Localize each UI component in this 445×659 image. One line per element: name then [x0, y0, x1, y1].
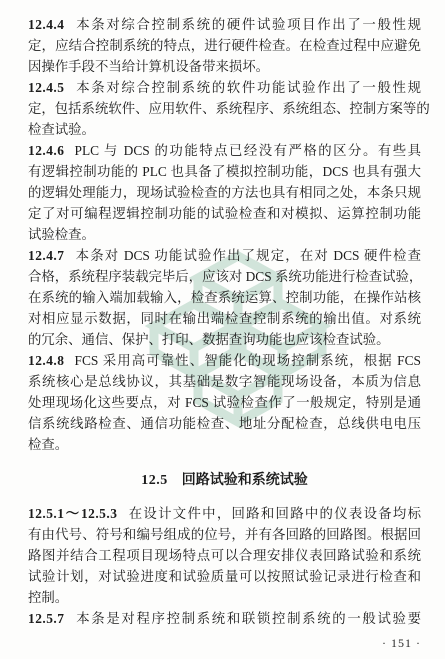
- text-line: 12.4.6PLC 与 DCS 的功能特点已经没有严格的区分。有些具: [28, 140, 421, 161]
- main-text-column: 12.4.4本条对综合控制系统的硬件试验项目作出了一般性规 定，应结合控制系统的…: [28, 14, 421, 629]
- text-line: 检查。: [28, 434, 421, 455]
- text-line: 处理现场化这些要点，对 FCS 试验检查作了一般规定，特别是通: [28, 392, 421, 413]
- text-line: 信系统线路检查、通信功能检查、地址分配检查，总线供电电压: [28, 413, 421, 434]
- paragraph-text: 在设计文件中，回路和回路中的仪表设备均标: [127, 506, 421, 521]
- text-line: 有逻辑控制功能的 PLC 也具备了模拟控制功能，DCS 也具有强大: [28, 161, 421, 182]
- paragraph-text: FCS 采用高可靠性、智能化的现场控制系统，根据 FCS: [75, 353, 421, 368]
- section-number: 12.4.5: [28, 80, 64, 95]
- text-line: 的逻辑处理能力，现场试验检查的方法也具有相同之处，本条只规: [28, 182, 421, 203]
- paragraph-text: 本条对综合控制系统的软件功能试验作出了一般性规: [75, 80, 421, 95]
- paragraph-text: 本条是对程序控制系统和联锁控制系统的一般试验要: [75, 611, 421, 626]
- section-heading-number: 12.5: [141, 473, 168, 488]
- text-line: 12.4.8FCS 采用高可靠性、智能化的现场控制系统，根据 FCS: [28, 350, 421, 371]
- section-number: 12.4.8: [28, 353, 64, 368]
- section-number: 12.4.7: [28, 248, 64, 263]
- text-line: 定，应结合控制系统的特点，进行硬件检查。在检查过程中应避免: [28, 35, 421, 56]
- text-line: 在系统的输入端加载输入，检查系统运算、控制功能，在操作站核: [28, 287, 421, 308]
- text-line: 控制。: [28, 587, 421, 608]
- text-line: 定，包括系统软件、应用软件、系统程序、系统组态、控制方案等的: [28, 98, 421, 119]
- paragraph-text: PLC 与 DCS 的功能特点已经没有严格的区分。有些具: [75, 143, 421, 158]
- text-line: 12.4.4本条对综合控制系统的硬件试验项目作出了一般性规: [28, 14, 421, 35]
- text-line: 因操作手段不当给计算机设备带来损坏。: [28, 56, 421, 77]
- text-line: 12.4.7本条对 DCS 功能试验作出了规定，在对 DCS 硬件检查: [28, 245, 421, 266]
- text-line: 12.5.1～12.5.3在设计文件中，回路和回路中的仪表设备均标: [28, 503, 421, 524]
- paragraph-text: 本条对 DCS 功能试验作出了规定，在对 DCS 硬件检查: [75, 248, 421, 263]
- text-line: 合格，系统程序装载完毕后，应该对 DCS 系统功能进行检查试验，: [28, 266, 421, 287]
- text-line: 定了对可编程逻辑控制功能的试验检查和对模拟、运算控制功能: [28, 203, 421, 224]
- text-line: 检查试验。: [28, 119, 421, 140]
- page-number: · 151 ·: [382, 636, 421, 650]
- text-line: 试验检查。: [28, 224, 421, 245]
- section-heading-title: 回路试验和系统试验: [182, 473, 308, 488]
- text-line: 有由代号、符号和编号组成的位号，并有各回路的回路图。根据回: [28, 524, 421, 545]
- text-line: 对相应显示数据，同时在输出端检查控制系统的输出值。对系统: [28, 308, 421, 329]
- paragraph-text: 本条对综合控制系统的硬件试验项目作出了一般性规: [75, 17, 421, 32]
- text-line: 试验计划，对试验进度和试验质量可以按照试验记录进行检查和: [28, 566, 421, 587]
- text-line: 系统核心是总线协议，其基础是数字智能现场设备，本质为信息: [28, 371, 421, 392]
- section-number: 12.5.1～12.5.3: [28, 506, 117, 521]
- section-number: 12.4.4: [28, 17, 64, 32]
- section-heading: 12.5回路试验和系统试验: [28, 470, 421, 491]
- text-line: 12.5.7本条是对程序控制系统和联锁控制系统的一般试验要: [28, 608, 421, 629]
- section-number: 12.5.7: [28, 611, 64, 626]
- section-number: 12.4.6: [28, 143, 64, 158]
- text-line: 路图并结合工程项目现场特点可以合理安排仪表回路试验和系统: [28, 545, 421, 566]
- document-page: 12.4.4本条对综合控制系统的硬件试验项目作出了一般性规 定，应结合控制系统的…: [0, 0, 445, 659]
- text-line: 12.4.5本条对综合控制系统的软件功能试验作出了一般性规: [28, 77, 421, 98]
- text-line: 的冗余、通信、保护、打印、数据查询功能也应该检查试验。: [28, 329, 421, 350]
